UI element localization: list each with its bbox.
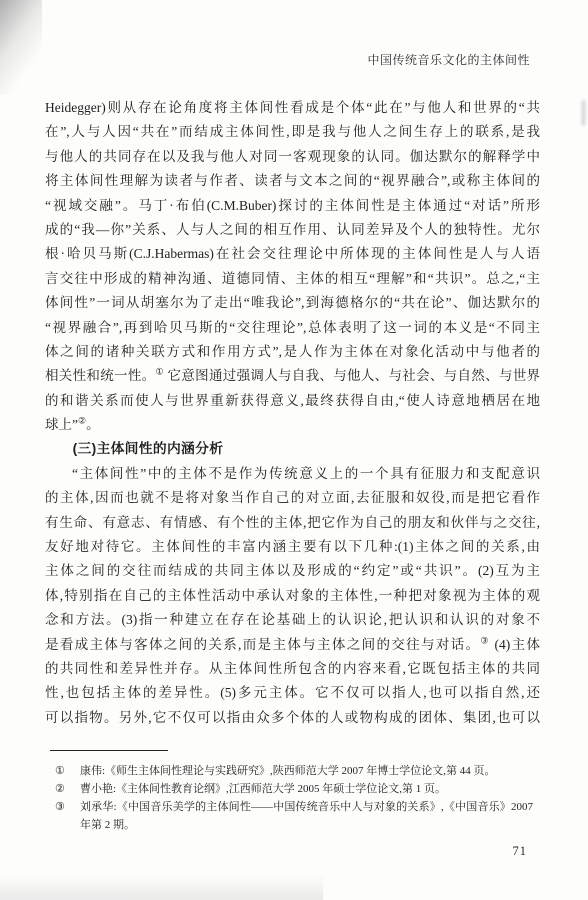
body-line: 有生命、有意志、有情感、有个性的主体,把它作为自己的朋友和伙伴与之交往, <box>45 511 540 535</box>
body-line: 球上”②。 <box>45 413 540 437</box>
body-line: 将主体间性理解为读者与作者、读者与文本之间的“视界融合”,或称主体间的 <box>45 169 540 193</box>
body-line: 体之间的诸种关联方式和作用方式”,是人作为主体在对象化活动中与他者的 <box>45 340 540 364</box>
body-line: Heidegger)则从存在论角度将主体间性看成是个体“此在”与他人和世界的“共 <box>45 96 540 120</box>
page-number: 71 <box>513 844 528 859</box>
footnote-ref: ② <box>78 416 86 426</box>
body-line: 体间性”一词从胡塞尔为了走出“唯我论”,到海德格尔的“共在论”、伽达默尔的 <box>45 291 540 315</box>
scan-smudge-right <box>581 100 586 126</box>
body-line: 在”,人与人因“共在”而结成主体间性,即是我与他人之间生存上的联系,是我 <box>45 120 540 144</box>
paragraph-2: “主体间性”中的主体不是作为传统意义上的一个具有征服力和支配意识的主体,因而也就… <box>45 462 540 730</box>
body-line: 性,也包括主体的差异性。(5)多元主体。它不仅可以指人,也可以指自然,还 <box>45 681 540 705</box>
body-line: 成的“我—你”关系、人与人之间的相互作用、认同差异及个人的独特性。尤尔 <box>45 218 540 242</box>
scan-shadow-top-left <box>0 0 42 95</box>
footnote-ref: ① <box>155 367 163 377</box>
footnote-text: 刘承华:《中国音乐美学的主体间性——中国传统音乐中人与对象的关系》,《中国音乐》… <box>80 801 533 831</box>
footnote-marker: ① <box>55 762 75 780</box>
footnote-marker: ③ <box>55 798 75 816</box>
footnote-text: 康伟:《师生主体间性理论与实践研究》,陕西师范大学 2007 年博士学位论文,第… <box>80 765 496 777</box>
body-line: 念和方法。(3)指一种建立在存在论基础上的认识论,把认识和认识的对象不 <box>45 608 540 632</box>
footnotes: ①康伟:《师生主体间性理论与实践研究》,陕西师范大学 2007 年博士学位论文,… <box>55 762 533 834</box>
footnote-item: ③刘承华:《中国音乐美学的主体间性——中国传统音乐中人与对象的关系》,《中国音乐… <box>55 798 533 834</box>
body-line: 的和谐关系而使人与世界重新获得意义,最终获得自由,“使人诗意地栖居在地 <box>45 389 540 413</box>
footnote-separator <box>50 750 168 751</box>
body-line: 相关性和统一性。① 它意图通过强调人与自我、与他人、与社会、与自然、与世界 <box>45 364 540 388</box>
body-line: 可以指物。另外,它不仅可以指由众多个体的人或物构成的团体、集团,也可以 <box>45 706 540 730</box>
body-line: 的共同性和差异性并存。从主体间性所包含的内容来看,它既包括主体的共同 <box>45 657 540 681</box>
footnote-ref: ③ <box>480 635 489 645</box>
body-text: Heidegger)则从存在论角度将主体间性看成是个体“此在”与他人和世界的“共… <box>45 96 540 730</box>
footnote-item: ①康伟:《师生主体间性理论与实践研究》,陕西师范大学 2007 年博士学位论文,… <box>55 762 533 780</box>
body-line: “主体间性”中的主体不是作为传统意义上的一个具有征服力和支配意识 <box>45 462 540 486</box>
body-line: 的主体,因而也就不是将对象当作自己的对立面,去征服和奴役,而是把它看作 <box>45 486 540 510</box>
footnote-text: 曹小艳:《主体间性教育论纲》,江西师范大学 2005 年硕士学位论文,第 1 页… <box>80 783 446 795</box>
page: 中国传统音乐文化的主体间性 Heidegger)则从存在论角度将主体间性看成是个… <box>0 0 588 900</box>
body-line: “视界融合”,再到哈贝马斯的“交往理论”,总体表明了这一词的本义是“不同主 <box>45 316 540 340</box>
body-line: 与他人的共同存在以及我与他人对同一客观现象的认同。伽达默尔的解释学中 <box>45 145 540 169</box>
body-line: 体,特别指在自己的主体性活动中承认对象的主体性,一种把对象视为主体的观 <box>45 584 540 608</box>
paragraph-1: Heidegger)则从存在论角度将主体间性看成是个体“此在”与他人和世界的“共… <box>45 96 540 437</box>
body-line: 根·哈贝马斯(C.J.Habermas)在社会交往理论中所体现的主体间性是人与人… <box>45 242 540 266</box>
body-line: “视域交融”。马丁·布伯(C.M.Buber)探讨的主体间性是主体通过“对话”所… <box>45 194 540 218</box>
footnote-marker: ② <box>55 780 75 798</box>
body-line: 友好地对待它。主体间性的丰富内涵主要有以下几种:(1)主体之间的关系,由 <box>45 535 540 559</box>
body-line: 主体之间的交往而结成的共同主体以及形成的“约定”或“共识”。(2)互为主 <box>45 559 540 583</box>
body-line: 是看成主体与客体之间的关系,而是主体与主体之间的交往与对话。③ (4)主体 <box>45 633 540 657</box>
scan-shadow-bottom <box>0 874 323 900</box>
footnote-item: ②曹小艳:《主体间性教育论纲》,江西师范大学 2005 年硕士学位论文,第 1 … <box>55 780 533 798</box>
running-header-title: 中国传统音乐文化的主体间性 <box>367 53 530 68</box>
section-heading: (三)主体间性的内涵分析 <box>45 437 540 461</box>
body-line: 言交往中形成的精神沟通、道德同情、主体的相互“理解”和“共识”。总之,“主 <box>45 267 540 291</box>
